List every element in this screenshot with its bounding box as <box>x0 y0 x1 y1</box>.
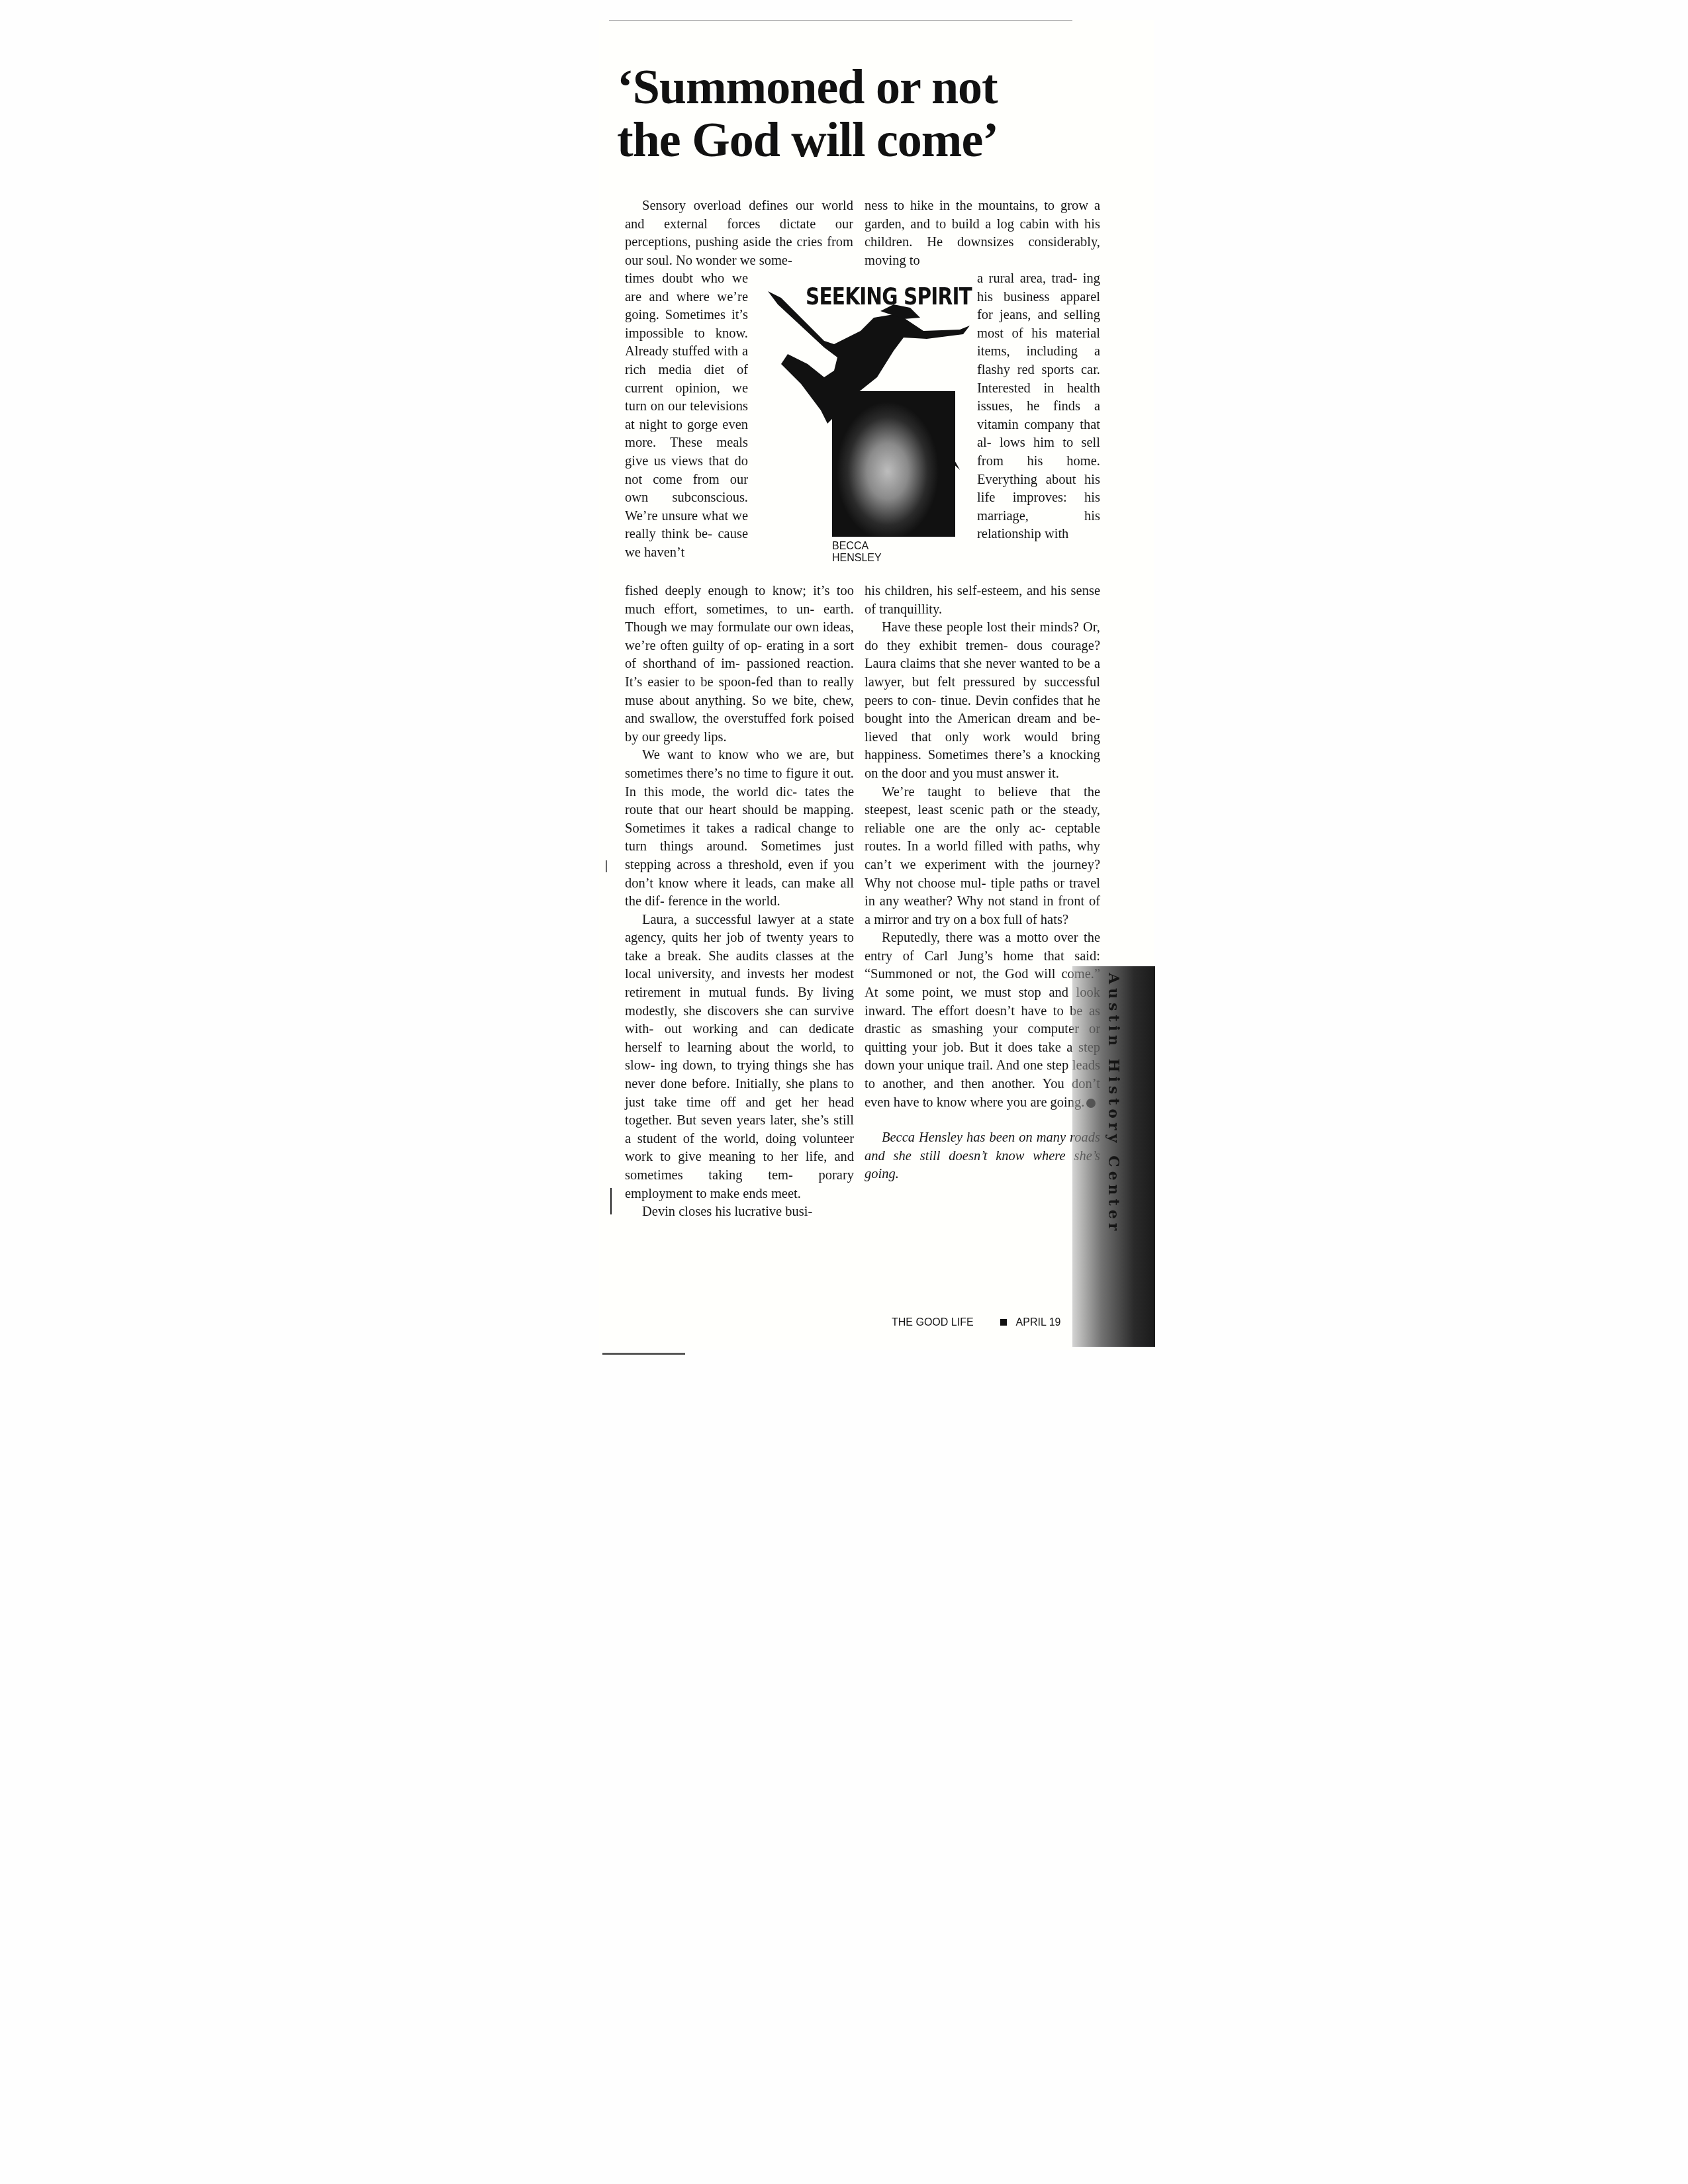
headline-line-2: the God will come’ <box>617 114 1094 167</box>
paragraph: Devin closes his lucrative busi- <box>625 1203 854 1222</box>
headline: ‘Summoned or not the God will come’ <box>617 61 1094 167</box>
column-left-wrap: times doubt who we are and where we’re g… <box>625 270 748 563</box>
author-bio: Becca Hensley has been on many roads and… <box>865 1129 1100 1184</box>
scan-artifact-mark <box>610 1188 612 1214</box>
paragraph: his children, his self-esteem, and his s… <box>865 582 1100 619</box>
page-footer: THE GOOD LIFEAPRIL 19 <box>892 1317 1060 1329</box>
paragraph: Laura, a successful lawyer at a state ag… <box>625 911 854 1204</box>
clipping-top-edge <box>609 20 1072 21</box>
author-caption: BECCA HENSLEY <box>832 541 882 565</box>
paragraph: ness to hike in the mountains, to grow a… <box>865 197 1100 270</box>
column-logo: SEEKING SPIRIT <box>806 283 972 310</box>
issue-date: APRIL 19 <box>1016 1317 1061 1328</box>
column-left-body: fished deeply enough to know; it’s too m… <box>625 582 854 1222</box>
headline-line-1: ‘Summoned or not <box>617 61 1094 114</box>
paragraph: We’re taught to believe that the steepes… <box>865 784 1100 930</box>
caption-first-name: BECCA <box>832 541 882 553</box>
archive-stamp: Austin History Center <box>1109 973 1122 1277</box>
column-right-intro: ness to hike in the mountains, to grow a… <box>865 197 1100 270</box>
paragraph: Reputedly, there was a motto over the en… <box>865 929 1100 1112</box>
clipping-bottom-edge <box>602 1353 685 1355</box>
column-left-intro: Sensory overload defines our world and e… <box>625 197 853 270</box>
column-right-wrap: a rural area, trad- ing his business app… <box>977 270 1100 544</box>
paragraph-text: Reputedly, there was a motto over the en… <box>865 931 1100 1109</box>
paragraph: Sensory overload defines our world and e… <box>625 197 853 270</box>
scanned-page: ‘Summoned or not the God will come’ Sens… <box>0 0 1688 2184</box>
paragraph: fished deeply enough to know; it’s too m… <box>625 582 854 747</box>
paragraph: a rural area, trad- ing his business app… <box>977 270 1100 544</box>
author-photo <box>832 391 955 537</box>
bullet-square-icon <box>1000 1319 1007 1326</box>
column-right-body: his children, his self-esteem, and his s… <box>865 582 1100 1184</box>
paragraph: We want to know who we are, but sometime… <box>625 747 854 911</box>
scan-artifact-mark <box>606 860 607 872</box>
paragraph: Have these people lost their minds? Or, … <box>865 619 1100 783</box>
paragraph: times doubt who we are and where we’re g… <box>625 270 748 563</box>
publication-name: THE GOOD LIFE <box>892 1317 974 1328</box>
caption-last-name: HENSLEY <box>832 553 882 565</box>
